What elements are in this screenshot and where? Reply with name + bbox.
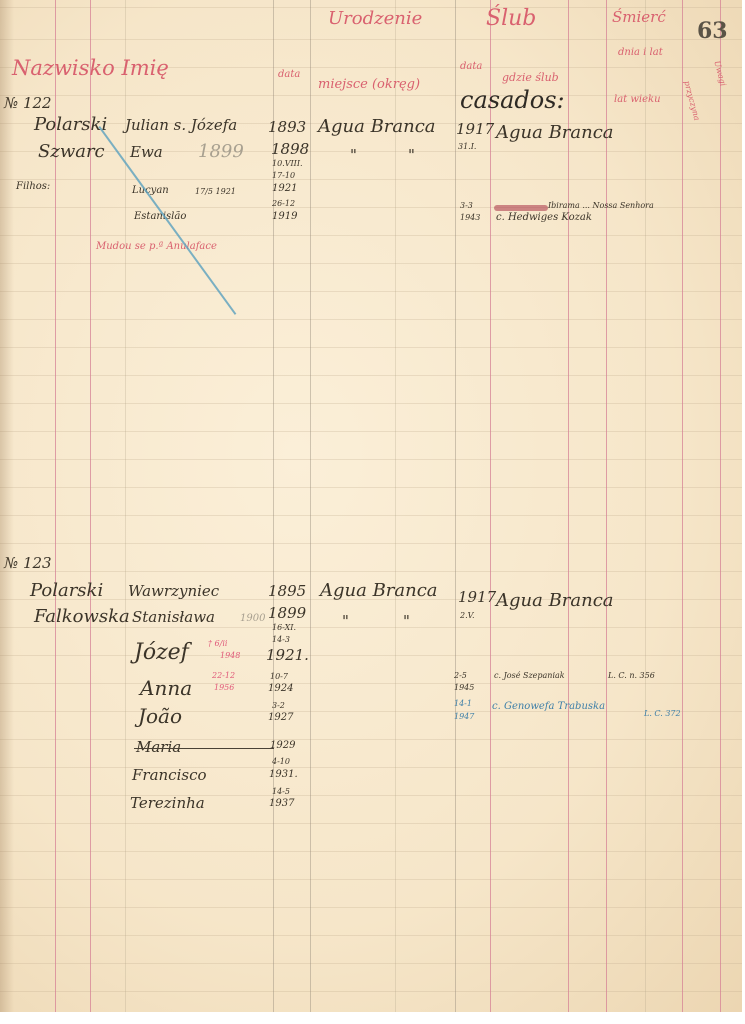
ditto-mark: " bbox=[342, 614, 349, 629]
entry-number: № 123 bbox=[4, 556, 52, 571]
child-year: 1937 bbox=[269, 799, 294, 809]
child-name: Terezinha bbox=[130, 796, 205, 811]
header-death-sub: dnia i lat bbox=[618, 48, 663, 58]
marriage-year: 1917 bbox=[458, 590, 496, 605]
wife-birth-year: 1898 bbox=[271, 142, 309, 157]
child-marriage-note: Ibirama ... Nossa Senhora bbox=[548, 202, 654, 210]
child-date: 26-12 bbox=[272, 200, 295, 208]
child-death-year: 1956 bbox=[214, 684, 234, 692]
child-note: 17/5 1921 bbox=[195, 188, 236, 196]
grid-rule bbox=[645, 0, 646, 1012]
column-rule bbox=[310, 0, 311, 1012]
child-name: Józef bbox=[134, 642, 189, 664]
header-death: Śmierć bbox=[612, 10, 666, 25]
child-marriage-spouse: c. Genowefa Trabuska bbox=[492, 702, 605, 712]
child-marriage-year: 1947 bbox=[454, 713, 474, 721]
header-marriage: Ślub bbox=[486, 8, 536, 30]
header-death-age: lat wieku bbox=[614, 95, 661, 105]
child-year: 1929 bbox=[270, 741, 295, 751]
column-rule bbox=[606, 0, 607, 1012]
struck-out-text bbox=[494, 205, 548, 211]
child-marriage-ref: L. C. n. 356 bbox=[608, 672, 655, 680]
child-name: João bbox=[138, 706, 182, 726]
header-right-margin-2: Uwagi bbox=[712, 60, 726, 87]
column-rule bbox=[568, 0, 569, 1012]
wife-given: Stanisława bbox=[132, 610, 215, 625]
child-date: 4-10 bbox=[272, 758, 290, 766]
page-number: 63 bbox=[697, 18, 728, 44]
husband-birth-place: Agua Branca bbox=[318, 118, 436, 136]
child-marriage-date: 3-3 bbox=[460, 202, 473, 210]
header-birth-date: data bbox=[278, 70, 300, 80]
child-year: 1921. bbox=[266, 648, 309, 663]
child-marriage-year: 1945 bbox=[454, 684, 474, 692]
child-date: 14-5 bbox=[272, 788, 290, 796]
children-label: Filhos: bbox=[16, 182, 50, 192]
child-date: 3-2 bbox=[272, 702, 285, 710]
husband-birth-year: 1893 bbox=[268, 120, 306, 135]
header-casados: casados: bbox=[460, 88, 565, 112]
header-marriage-date: data bbox=[460, 62, 482, 72]
marriage-place: Agua Branca bbox=[496, 124, 614, 142]
child-marriage-year: 1943 bbox=[460, 214, 480, 222]
husband-given: Wawrzyniec bbox=[128, 584, 219, 599]
child-death-year: 1948 bbox=[220, 652, 240, 660]
grid-rule bbox=[395, 0, 396, 1012]
header-marriage-place: gdzie ślub bbox=[502, 72, 559, 83]
entry-number: № 122 bbox=[4, 96, 52, 111]
child-marriage-spouse: c. José Szepaniak bbox=[494, 672, 565, 680]
header-right-margin-1: przyczyna bbox=[682, 80, 700, 122]
wife-birth-day: 16-XI. bbox=[272, 624, 296, 632]
wife-pencil-year: 1900 bbox=[240, 614, 265, 624]
child-year: 1924 bbox=[268, 684, 293, 694]
header-name: Nazwisko Imię bbox=[12, 58, 169, 79]
column-rule bbox=[490, 0, 491, 1012]
column-rule bbox=[720, 0, 721, 1012]
husband-given: Julian s. Józefa bbox=[125, 118, 237, 133]
ditto-mark: " bbox=[350, 148, 357, 163]
child-year: 1919 bbox=[272, 212, 297, 222]
strike-line bbox=[134, 748, 274, 749]
wife-surname: Szwarc bbox=[38, 143, 105, 161]
wife-given: Ewa bbox=[130, 145, 163, 160]
child-date: 10-7 bbox=[270, 673, 288, 681]
marriage-date: 31.I. bbox=[458, 143, 476, 151]
wife-surname: Falkowska bbox=[34, 608, 130, 626]
child-date: 14-3 bbox=[272, 636, 290, 644]
child-name: Francisco bbox=[132, 768, 207, 783]
wife-birth-day: 10.VIII. bbox=[272, 160, 303, 168]
child-year: 1921 bbox=[272, 184, 297, 194]
husband-birth-place: Agua Branca bbox=[320, 582, 438, 600]
marriage-date: 2.V. bbox=[460, 612, 475, 620]
ditto-mark: " bbox=[403, 614, 410, 629]
marriage-year: 1917 bbox=[456, 122, 494, 137]
ditto-mark: " bbox=[408, 148, 415, 163]
child-marriage-ref: L. C. 372 bbox=[644, 710, 681, 718]
column-rule bbox=[682, 0, 683, 1012]
entry-remark: Mudou se p.ª Anulaface bbox=[96, 242, 217, 252]
child-year: 1927 bbox=[268, 713, 293, 723]
child-year: 1931. bbox=[269, 770, 298, 780]
child-death-note: † 6/ii bbox=[208, 640, 227, 648]
grid-rule bbox=[125, 0, 126, 1012]
husband-birth-year: 1895 bbox=[268, 584, 306, 599]
ledger-page: 63 Nazwisko Imię Urodzenie data miejsce … bbox=[0, 0, 742, 1012]
wife-pencil-year: 1899 bbox=[198, 143, 244, 161]
husband-surname: Polarski bbox=[30, 582, 103, 600]
wife-birth-year: 1899 bbox=[268, 606, 306, 621]
child-date: 17-10 bbox=[272, 172, 295, 180]
child-marriage-spouse: c. Hedwiges Kozak bbox=[496, 213, 592, 223]
child-marriage-date: 2-5 bbox=[454, 672, 467, 680]
child-death-note: 22-12 bbox=[212, 672, 235, 680]
child-marriage-date: 14-1 bbox=[454, 700, 472, 708]
column-rule bbox=[455, 0, 456, 1012]
husband-surname: Polarski bbox=[34, 116, 107, 134]
marriage-place: Agua Branca bbox=[496, 592, 614, 610]
header-birth-place: miejsce (okręg) bbox=[318, 78, 420, 91]
header-birth: Urodzenie bbox=[328, 10, 422, 28]
child-name: Anna bbox=[140, 678, 192, 698]
